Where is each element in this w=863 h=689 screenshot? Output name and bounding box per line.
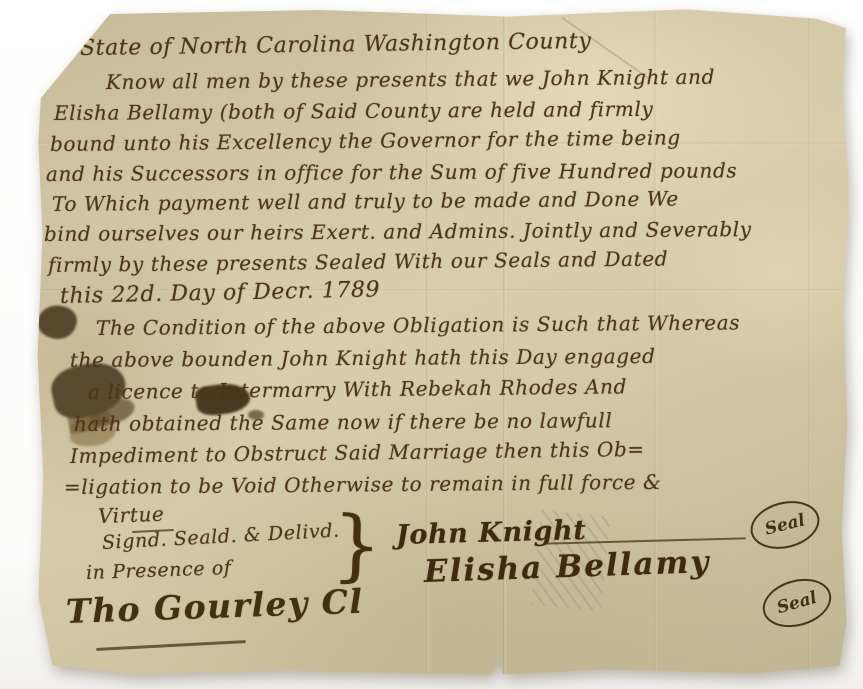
attestation-presence-line: in Presence of: [86, 557, 232, 584]
manuscript-line: Impediment to Obstruct Said Marriage the…: [70, 437, 645, 468]
signature-john-knight: John Knight: [396, 515, 587, 551]
manuscript-line: =ligation to be Void Otherwise to remain…: [64, 470, 662, 499]
signature-witness-clerk: Tho Gourley Cl: [65, 582, 364, 631]
attestation-brace: }: [330, 500, 383, 592]
manuscript-line: bind ourselves our heirs Exert. and Admi…: [44, 217, 752, 246]
manuscript-line: and his Successors in office for the Sum…: [46, 158, 737, 186]
manuscript-line: To Which payment well and truly to be ma…: [52, 187, 679, 216]
signature-elisha-bellamy: Elisha Bellamy: [423, 544, 711, 590]
scan-background: State of North Carolina Washington Count…: [0, 0, 863, 689]
manuscript-line: Elisha Bellamy (both of Said County are …: [54, 97, 653, 125]
manuscript-line: Know all men by these presents that we J…: [106, 65, 715, 94]
seal-label: Seal: [763, 510, 807, 539]
manuscript-line: a licence to Intermarry With Rebekah Rho…: [88, 374, 627, 404]
document-scan: State of North Carolina Washington Count…: [36, 8, 849, 676]
seal-flourish: Seal: [757, 571, 837, 635]
paper-sheet: State of North Carolina Washington Count…: [36, 8, 849, 676]
manuscript-line: The Condition of the above Obligation is…: [96, 310, 740, 340]
seal-label: Seal: [775, 588, 820, 618]
manuscript-line: bound unto his Excellency the Governor f…: [50, 125, 681, 156]
manuscript-line: Virtue: [98, 502, 165, 528]
manuscript-date-line: this 22d. Day of Decr. 1789: [60, 277, 381, 309]
pen-flourish-stroke: [96, 640, 246, 651]
seal-flourish: Seal: [745, 494, 824, 556]
manuscript-line: the above bounden John Knight hath this …: [70, 344, 656, 372]
fold-crease-vertical: [808, 8, 811, 676]
manuscript-line: hath obtained the Same now if there be n…: [74, 408, 612, 436]
manuscript-line: State of North Carolina Washington Count…: [80, 29, 592, 61]
manuscript-line: firmly by these presents Sealed With our…: [48, 247, 668, 277]
